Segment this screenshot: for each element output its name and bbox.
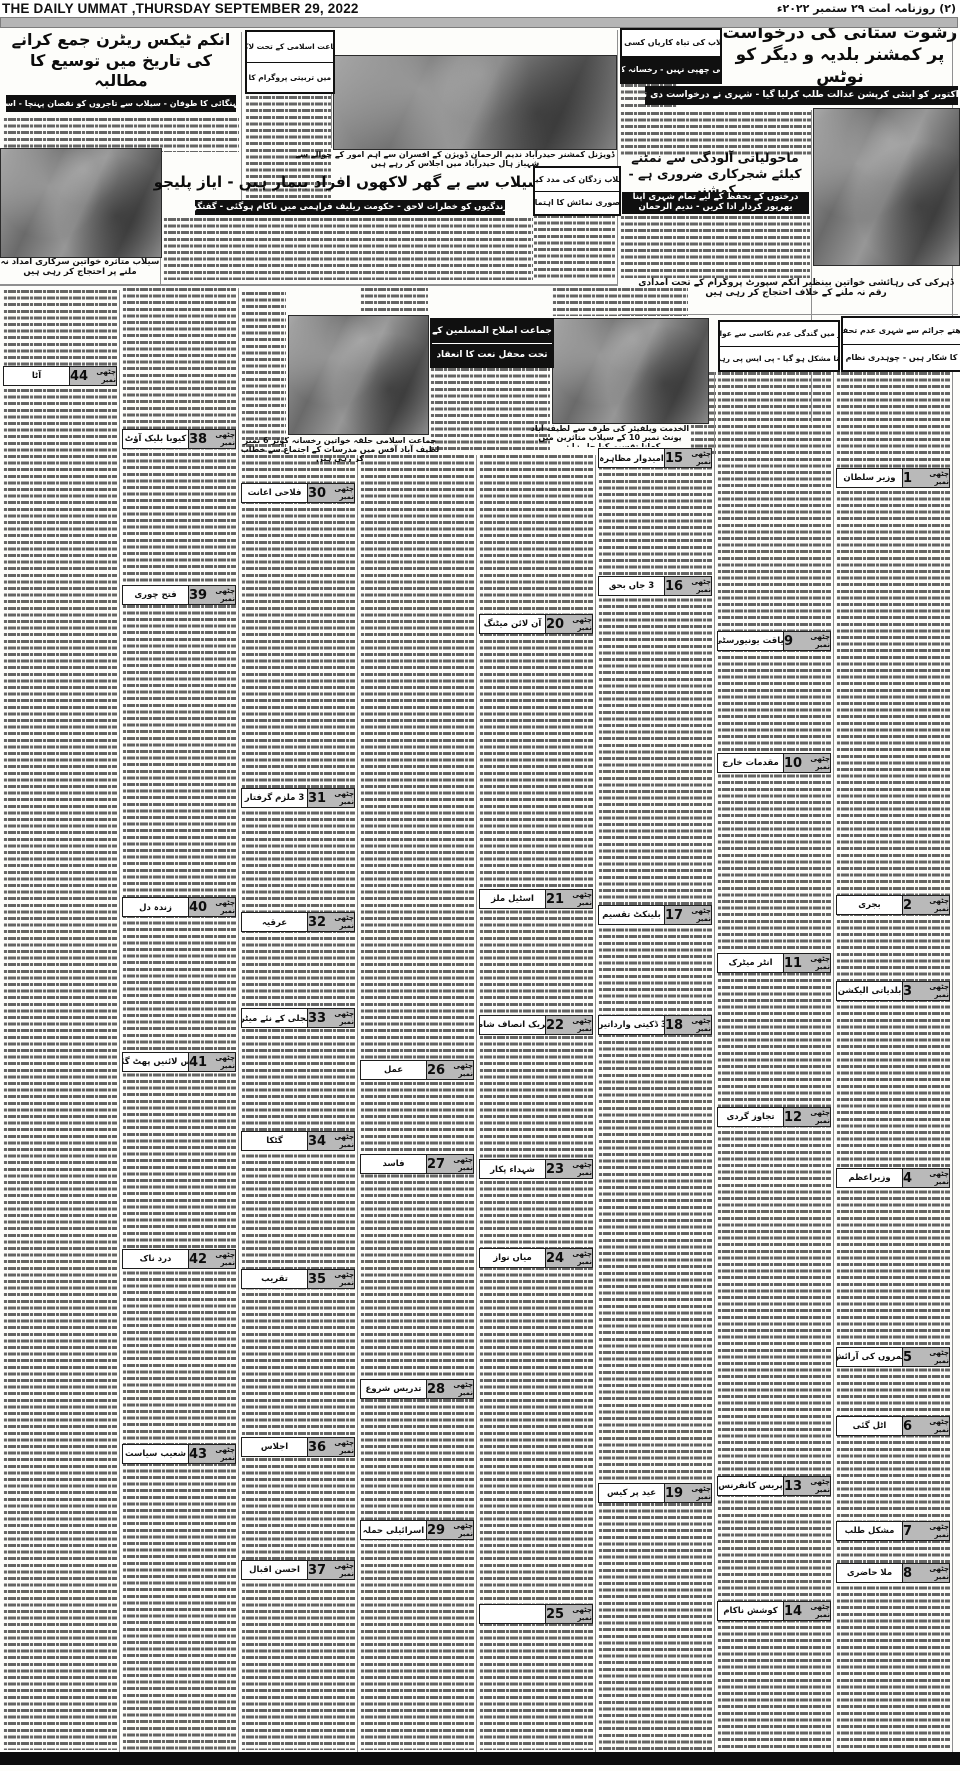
- letter-badge-17: چٹھی نمبر17بلینکٹ تقسیم: [598, 905, 712, 925]
- column-rule: [714, 372, 715, 1752]
- letter-badge-22: چٹھی نمبر22تحریک انصاف شامل: [479, 1015, 593, 1035]
- letter-title: درد ناک: [123, 1250, 188, 1268]
- subheadline-bribery-notice: 26 اکتوبر کو اینٹی کرپشن عدالت طلب کرلیا…: [645, 86, 958, 105]
- letter-badge-11: چٹھی نمبر11انٹر میٹرک: [717, 953, 831, 973]
- letter-title: اسٹیل ملز: [480, 890, 545, 908]
- letter-title: آن لائن میٹنگ: [480, 615, 545, 633]
- letter-badge-19: چٹھی نمبر19عید پر کیس: [598, 1483, 712, 1503]
- letter-badge-26: چٹھی نمبر26عمل: [360, 1060, 474, 1080]
- letter-number: چٹھی نمبر6: [902, 1417, 949, 1435]
- letter-title: کمروں کی آرائش: [837, 1348, 902, 1366]
- letter-title: عمل: [361, 1061, 426, 1079]
- letter-title: وزیر سلطان: [837, 469, 902, 487]
- letter-number: چٹھی نمبر32: [307, 913, 354, 931]
- letter-title: مقدمات خارج: [718, 754, 783, 772]
- letter-title: فتح چوری: [123, 586, 188, 604]
- letter-title: اجلاس: [242, 1438, 307, 1456]
- headline-income-tax: انکم ٹیکس ریٹرن جمع کرانے کی تاریخ میں ت…: [2, 32, 240, 90]
- subheadline-income-tax: ملک میں مہنگائی کا طوفان - سیلاب سے تاجر…: [6, 95, 236, 112]
- headline-lakha-masjid: جماعت اسلامی کے تحت لاکھا مسجد میں تربیت…: [245, 30, 335, 94]
- letter-number: چٹھی نمبر37: [307, 1561, 354, 1579]
- letter-title: لیاقت یونیورسٹی: [718, 632, 783, 650]
- headline-naat-line1: جماعت اصلاح المسلمین کے: [432, 320, 552, 344]
- letter-badge-37: چٹھی نمبر37احسن اقبال: [241, 1560, 355, 1580]
- caption-flood-victim-women: سیلاب متاثرہ خواتین سرکاری امداد نہ ملنے…: [0, 258, 160, 286]
- caption-food-distribution: الخدمت ویلفیئر کی طرف سے لطیف آباد یونٹ …: [530, 424, 690, 447]
- letter-badge-43: چٹھی نمبر43شعیب سیاست: [122, 1444, 236, 1464]
- letter-badge-3: چٹھی نمبر3بلدیاتی الیکشن: [836, 981, 950, 1001]
- letter-number: چٹھی نمبر3: [902, 982, 949, 1000]
- letter-badge-32: چٹھی نمبر32عرقیہ: [241, 912, 355, 932]
- body-text-block: [533, 215, 615, 281]
- body-text-block: [3, 118, 239, 152]
- headline-garbage-psp: شہر میں گندگی عدم نکاسی سے عوام کا جینا …: [718, 320, 840, 372]
- letter-badge-25: چٹھی نمبر25: [479, 1604, 593, 1624]
- letter-badge-44: چٹھی نمبر44آٹا: [3, 366, 117, 386]
- photo-food-distribution: [552, 318, 709, 424]
- letter-number: چٹھی نمبر30: [307, 484, 354, 502]
- masthead-title-urdu: (۲) روزنامہ امت ۲۹ ستمبر ۲۰۲۲ء: [777, 2, 960, 15]
- body-text-block: [717, 372, 831, 1750]
- photo-commissioner-meeting: [333, 55, 617, 150]
- letter-title: امیدوار مظاہرہ: [599, 449, 664, 467]
- newspaper-page: THE DAILY UMMAT ,THURSDAY SEPTEMBER 29, …: [0, 0, 960, 1771]
- letter-number: چٹھی نمبر31: [307, 789, 354, 807]
- letter-badge-12: چٹھی نمبر12تجاوز گردی: [717, 1107, 831, 1127]
- headline-rising-crimes: بڑھتے جرائم سے شہری عدم تحفظ کا شکار ہیں…: [841, 316, 960, 372]
- headline-lakha-masjid-line1: جماعت اسلامی کے تحت لاکھا: [247, 32, 333, 63]
- letter-title: شہداء پکار: [480, 1160, 545, 1178]
- letter-number: چٹھی نمبر34: [307, 1132, 354, 1150]
- caption-bisp-protest: ڈہرکی کی رہائشی خواتین بینظیر انکم سپورٹ…: [635, 278, 957, 310]
- letter-number: چٹھی نمبر9: [783, 632, 830, 650]
- letter-number: چٹھی نمبر18: [664, 1016, 711, 1034]
- letter-badge-30: چٹھی نمبر30فلاحی اعانت: [241, 483, 355, 503]
- column-rule: [238, 288, 239, 1752]
- body-text-block: [241, 455, 355, 1750]
- letter-number: چٹھی نمبر5: [902, 1348, 949, 1366]
- letter-title: کوشش ناکام: [718, 1602, 783, 1620]
- letter-badge-20: چٹھی نمبر20آن لائن میٹنگ: [479, 614, 593, 634]
- headline-rising-crimes-line1: بڑھتے جرائم سے شہری عدم تحفظ: [843, 318, 960, 345]
- letter-title: بلینکٹ تقسیم: [599, 906, 664, 924]
- letter-badge-4: چٹھی نمبر4وزیراعظم: [836, 1168, 950, 1188]
- letter-title: عید پر کیس: [599, 1484, 664, 1502]
- letter-title: مشکل طلب: [837, 1522, 902, 1540]
- letter-number: چٹھی نمبر26: [426, 1061, 473, 1079]
- letter-number: چٹھی نمبر16: [664, 577, 711, 595]
- letter-number: چٹھی نمبر17: [664, 906, 711, 924]
- column-rule: [119, 290, 120, 1752]
- headline-lakha-masjid-line2: مسجد میں تربیتی پروگرام کا انعقاد: [247, 63, 333, 93]
- letter-title: احسن اقبال: [242, 1561, 307, 1579]
- letter-number: چٹھی نمبر39: [188, 586, 235, 604]
- headline-bribery-notice: رشوت ستانی کی درخواست پر کمشنر بلدیہ و د…: [722, 28, 958, 82]
- letter-title: بلدیاتی الیکشن: [837, 982, 902, 1000]
- letter-title: فلاحی اعانت: [242, 484, 307, 502]
- letter-number: چٹھی نمبر44: [69, 367, 116, 385]
- letter-badge-13: چٹھی نمبر13پریس کانفرنس: [717, 1476, 831, 1496]
- letter-title: 3 جاں بحق: [599, 577, 664, 595]
- letter-number: چٹھی نمبر22: [545, 1016, 592, 1034]
- letter-title: کیوبا بلیک آؤٹ: [123, 430, 188, 448]
- letter-number: چٹھی نمبر15: [664, 449, 711, 467]
- letter-badge-8: چٹھی نمبر8ملا حاضری: [836, 1563, 950, 1583]
- headline-tree-plantation: ماحولیاتی آلودگی سے نمٹنے کیلئے شجرکاری …: [620, 158, 810, 190]
- letter-number: چٹھی نمبر4: [902, 1169, 949, 1187]
- letter-title: تدریس شروع: [361, 1380, 426, 1398]
- column-rule: [811, 110, 812, 422]
- headline-garbage-line2: جینا مشکل ہو گیا - پی ایس پی رہنما: [720, 347, 838, 371]
- letter-number: چٹھی نمبر29: [426, 1521, 473, 1539]
- letter-title: تجاوز گردی: [718, 1108, 783, 1126]
- letter-number: چٹھی نمبر2: [902, 896, 949, 914]
- letter-title: بجلی کے نئے میٹر: [242, 1009, 307, 1027]
- page-bottom-rule: [0, 1752, 960, 1765]
- headline-art-exhibition-line1: سیلاب زدگان کی مدد کیلئے: [535, 168, 619, 192]
- subheadline-tree-plantation: درختوں کے تحفظ کے لیے تمام شہری اپنا بھر…: [622, 192, 809, 214]
- letter-title: پریس کانفرنس: [718, 1477, 783, 1495]
- photo-women-majlis: [288, 315, 429, 435]
- letter-badge-23: چٹھی نمبر23شہداء پکار: [479, 1159, 593, 1179]
- column-rule: [620, 314, 958, 315]
- letter-badge-40: چٹھی نمبر40زندہ دل: [122, 897, 236, 917]
- headline-rising-crimes-line2: کا شکار ہیں - چوہدری نظام: [843, 345, 960, 371]
- letter-badge-39: چٹھی نمبر39فتح چوری: [122, 585, 236, 605]
- letter-badge-36: چٹھی نمبر36اجلاس: [241, 1437, 355, 1457]
- letter-number: چٹھی نمبر23: [545, 1160, 592, 1178]
- letter-number: چٹھی نمبر42: [188, 1250, 235, 1268]
- headline-art-exhibition: سیلاب زدگان کی مدد کیلئے مصوری نمائش کا …: [533, 166, 621, 216]
- column-rule: [595, 455, 596, 1752]
- letter-badge-38: چٹھی نمبر38کیوبا بلیک آؤٹ: [122, 429, 236, 449]
- headline-flood-sick: سیلاب سے بے گھر لاکھوں افراد بیمار ہیں -…: [165, 168, 531, 198]
- letter-badge-28: چٹھی نمبر28تدریس شروع: [360, 1379, 474, 1399]
- letter-badge-15: چٹھی نمبر15امیدوار مظاہرہ: [598, 448, 712, 468]
- headline-flood-devastation-line2: ڈھکی چھپی نہیں - رخسانہ کوثر: [622, 57, 720, 83]
- column-rule: [833, 372, 834, 1752]
- letter-number: چٹھی نمبر38: [188, 430, 235, 448]
- letter-badge-41: چٹھی نمبر41گیس لائنیں پھٹ گئیں: [122, 1052, 236, 1072]
- subheadline-flood-sick: زندگیوں کو خطرات لاحق - حکومت ریلیف فراہ…: [195, 200, 505, 215]
- letter-badge-16: چٹھی نمبر163 جاں بحق: [598, 576, 712, 596]
- masthead-title-english: THE DAILY UMMAT ,THURSDAY SEPTEMBER 29, …: [0, 1, 359, 16]
- body-text-block: [122, 288, 236, 1750]
- headline-flood-devastation-line1: سیلاب کی تباہ کاریاں کسی سے: [622, 30, 720, 57]
- letter-badge-6: چٹھی نمبر6اٹل گئی: [836, 1416, 950, 1436]
- letter-badge-29: چٹھی نمبر29اسرائیلی حملہ: [360, 1520, 474, 1540]
- letter-title: 3 ملزم گرفتار: [242, 789, 307, 807]
- letter-title: وزیراعظم: [837, 1169, 902, 1187]
- letter-title: شعیب سیاست: [123, 1445, 188, 1463]
- letter-badge-24: چٹھی نمبر24میاں نواز: [479, 1248, 593, 1268]
- letter-number: چٹھی نمبر21: [545, 890, 592, 908]
- letter-number: چٹھی نمبر43: [188, 1445, 235, 1463]
- letter-badge-2: چٹھی نمبر2بجری: [836, 895, 950, 915]
- letter-badge-27: چٹھی نمبر27فاسد: [360, 1154, 474, 1174]
- letter-title: 3 ڈکیتی وارداتیں: [599, 1016, 664, 1034]
- letter-badge-10: چٹھی نمبر10مقدمات خارج: [717, 753, 831, 773]
- letter-badge-7: چٹھی نمبر7مشکل طلب: [836, 1521, 950, 1541]
- body-text-block: [598, 460, 712, 1750]
- body-text-block: [163, 218, 533, 280]
- body-text-block: [479, 455, 593, 1750]
- headline-garbage-line1: شہر میں گندگی عدم نکاسی سے عوام کا: [720, 322, 838, 347]
- letter-number: چٹھی نمبر20: [545, 615, 592, 633]
- letter-number: چٹھی نمبر28: [426, 1380, 473, 1398]
- letter-title: تحریک انصاف شامل: [480, 1016, 545, 1034]
- letter-title: ملا حاضری: [837, 1564, 902, 1582]
- letter-title: اسرائیلی حملہ: [361, 1521, 426, 1539]
- letter-number: چٹھی نمبر10: [783, 754, 830, 772]
- letter-title: اٹل گئی: [837, 1417, 902, 1435]
- letter-title: میاں نواز: [480, 1249, 545, 1267]
- letter-title: فاسد: [361, 1155, 426, 1173]
- letter-badge-9: چٹھی نمبر9لیاقت یونیورسٹی: [717, 631, 831, 651]
- letter-title: بجری: [837, 896, 902, 914]
- letter-number: چٹھی نمبر27: [426, 1155, 473, 1173]
- body-text-block: [360, 455, 474, 1750]
- letter-badge-21: چٹھی نمبر21اسٹیل ملز: [479, 889, 593, 909]
- letter-title: زندہ دل: [123, 898, 188, 916]
- letter-number: چٹھی نمبر14: [783, 1602, 830, 1620]
- letter-badge-18: چٹھی نمبر183 ڈکیتی وارداتیں: [598, 1015, 712, 1035]
- letter-number: چٹھی نمبر19: [664, 1484, 711, 1502]
- masthead: THE DAILY UMMAT ,THURSDAY SEPTEMBER 29, …: [0, 0, 960, 17]
- letter-number: چٹھی نمبر25: [545, 1605, 592, 1623]
- headline-art-exhibition-line2: مصوری نمائش کا اہتمام: [535, 192, 619, 215]
- letter-number: چٹھی نمبر33: [307, 1009, 354, 1027]
- letter-number: چٹھی نمبر35: [307, 1270, 354, 1288]
- letter-badge-34: چٹھی نمبر34گٹکا: [241, 1131, 355, 1151]
- column-rule: [357, 455, 358, 1752]
- letter-number: چٹھی نمبر11: [783, 954, 830, 972]
- caption-women-majlis: جماعت اسلامی حلقہ خواتین رخسانہ کوثر 6 ن…: [240, 436, 440, 462]
- letter-number: چٹھی نمبر41: [188, 1053, 235, 1071]
- letter-number: چٹھی نمبر36: [307, 1438, 354, 1456]
- letter-number: چٹھی نمبر24: [545, 1249, 592, 1267]
- letter-number: چٹھی نمبر13: [783, 1477, 830, 1495]
- body-text-block: [620, 216, 810, 278]
- letter-number: چٹھی نمبر1: [902, 469, 949, 487]
- letter-title: عرقیہ: [242, 913, 307, 931]
- letter-title: گیس لائنیں پھٹ گئیں: [123, 1053, 188, 1071]
- letter-badge-14: چٹھی نمبر14کوشش ناکام: [717, 1601, 831, 1621]
- body-text-block: [360, 288, 428, 314]
- letter-title: تقریب: [242, 1270, 307, 1288]
- headline-flood-devastation: سیلاب کی تباہ کاریاں کسی سے ڈھکی چھپی نہ…: [620, 28, 722, 84]
- body-text-block: [836, 372, 950, 1750]
- letter-badge-1: چٹھی نمبر1وزیر سلطان: [836, 468, 950, 488]
- column-rule: [476, 455, 477, 1752]
- letter-title: گٹکا: [242, 1132, 307, 1150]
- letter-badge-42: چٹھی نمبر42درد ناک: [122, 1249, 236, 1269]
- letter-title: آٹا: [4, 367, 69, 385]
- letter-title: [480, 1605, 545, 1623]
- letter-number: چٹھی نمبر8: [902, 1564, 949, 1582]
- letter-badge-35: چٹھی نمبر35تقریب: [241, 1269, 355, 1289]
- letter-badge-31: چٹھی نمبر313 ملزم گرفتار: [241, 788, 355, 808]
- letter-badge-33: چٹھی نمبر33بجلی کے نئے میٹر: [241, 1008, 355, 1028]
- masthead-divider-bar: [0, 17, 958, 28]
- photo-bisp-protest-women: [813, 108, 960, 266]
- letter-number: چٹھی نمبر40: [188, 898, 235, 916]
- letter-title: انٹر میٹرک: [718, 954, 783, 972]
- body-text-block: [241, 292, 286, 452]
- headline-naat-gathering: جماعت اصلاح المسلمین کے تحت محفل نعت کا …: [430, 318, 554, 368]
- letter-number: چٹھی نمبر12: [783, 1108, 830, 1126]
- photo-flood-victim-women: [0, 148, 162, 258]
- body-text-block: [3, 290, 117, 1750]
- letter-badge-5: چٹھی نمبر5کمروں کی آرائش: [836, 1347, 950, 1367]
- letter-number: چٹھی نمبر7: [902, 1522, 949, 1540]
- headline-naat-line2: تحت محفل نعت کا انعقاد: [432, 344, 552, 367]
